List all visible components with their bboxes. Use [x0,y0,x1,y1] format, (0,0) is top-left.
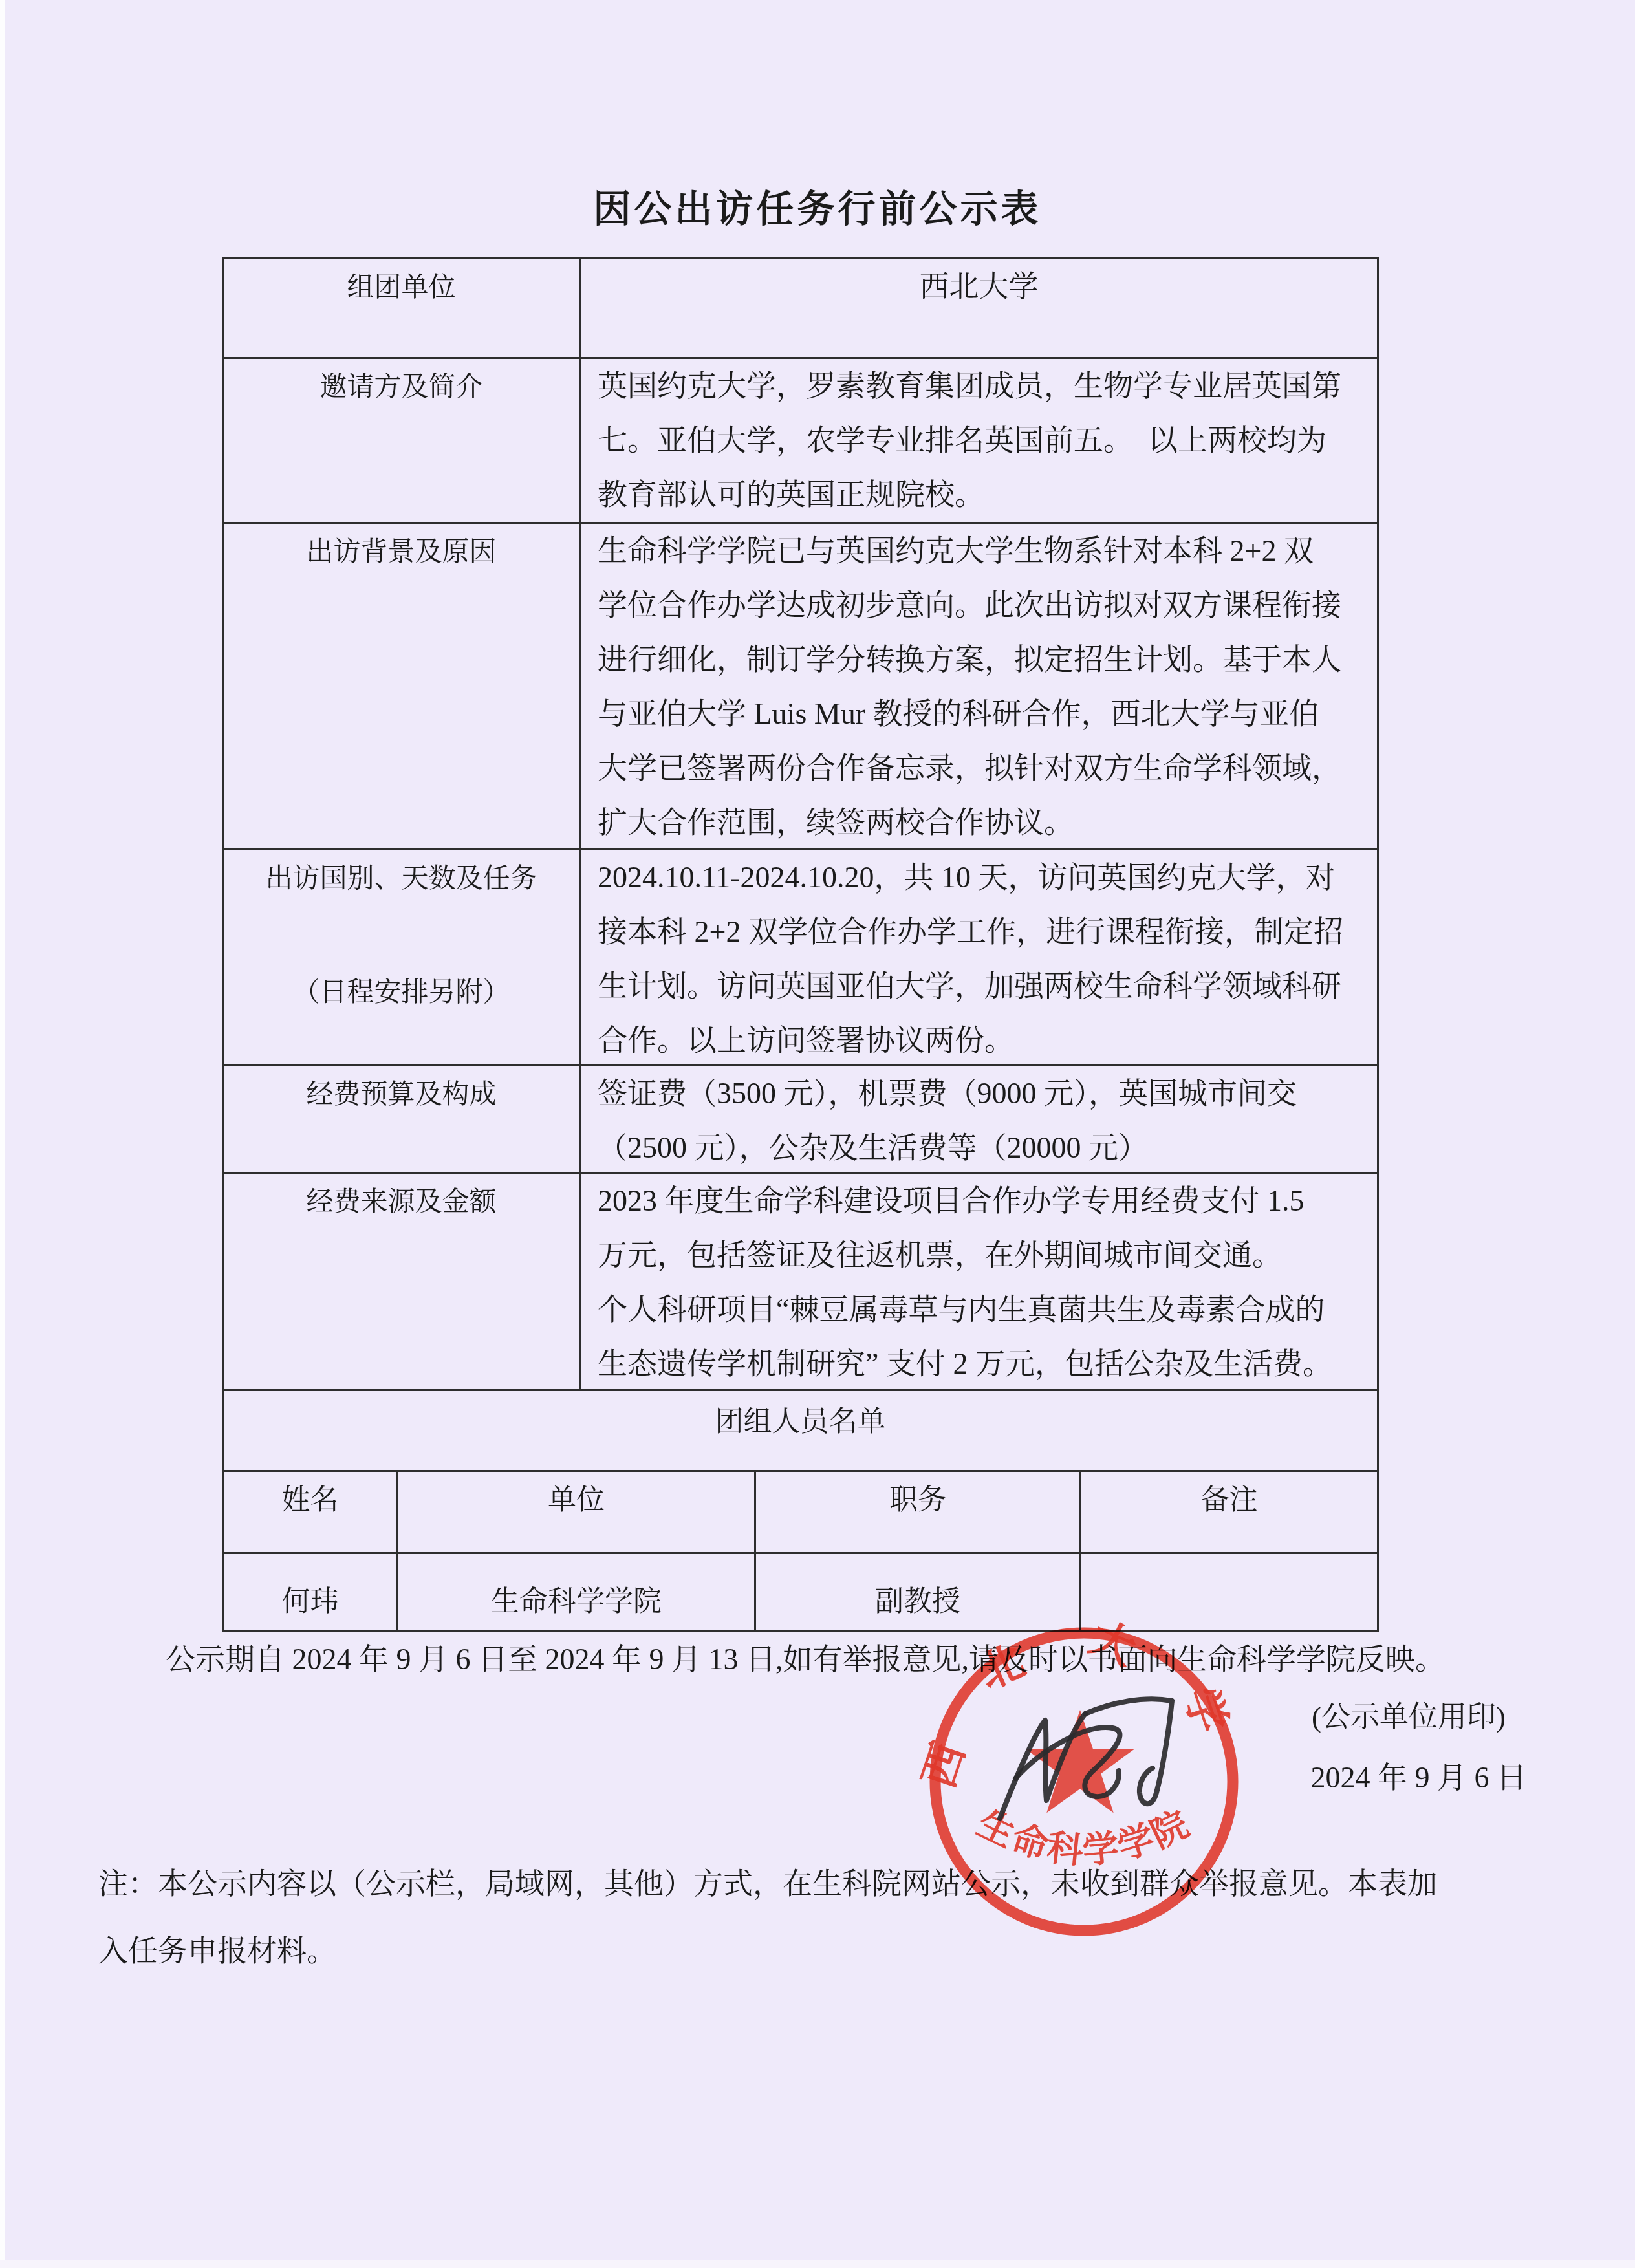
publicity-period-notice: 公示期自 2024 年 9 月 6 日至 2024 年 9 月 13 日,如有举… [166,1641,1445,1678]
row-label-destination-days-tasks: 出访国别、天数及任务 （日程安排另附） [224,850,581,1066]
bottom-note: 注：本公示内容以（公示栏，局域网，其他）方式，在生科院网站公示，未收到群众举报意… [98,1850,1554,1985]
seal-caption: (公示单位用印) [1312,1693,1506,1735]
row-content-organizing-unit: 西北大学 [581,259,1377,359]
row-label-budget: 经费预算及构成 [224,1066,581,1174]
personnel-header-name: 姓名 [224,1472,398,1554]
personnel-row-remarks [1081,1554,1377,1630]
row-content-visit-background: 生命科学学院已与英国约克大学生物系针对本科 2+2 双 学位合作办学达成初步意向… [581,524,1377,850]
personnel-header-remarks: 备注 [1081,1472,1377,1554]
document-title: 因公出访任务行前公示表 [0,178,1635,233]
issue-date: 2024 年 9 月 6 日 [1311,1754,1527,1797]
row-content-inviting-party: 英国约克大学，罗素教育集团成员，生物学专业居英国第 七。亚伯大学，农学专业排名英… [581,359,1377,524]
row-content-destination-days-tasks: 2024.10.11-2024.10.20，共 10 天，访问英国约克大学，对 … [581,850,1377,1066]
row-content-funding-source: 2023 年度生命学科建设项目合作办学专用经费支付 1.5 万元，包括签证及往返… [581,1174,1377,1391]
personnel-row-name: 何玮 [224,1554,398,1630]
personnel-header-unit: 单位 [398,1472,756,1554]
scan-edge-left [0,0,5,2268]
row-label-inviting-party: 邀请方及简介 [224,359,581,524]
personnel-section-title: 团组人员名单 [224,1391,1377,1472]
seal-star-icon [1026,1710,1134,1813]
row-label-visit-background: 出访背景及原因 [224,524,581,850]
scan-edge-bottom [0,2260,1635,2268]
row-label-organizing-unit: 组团单位 [224,259,581,359]
personnel-header-position: 职务 [756,1472,1081,1554]
scanned-document-page: 因公出访任务行前公示表 组团单位 西北大学 邀请方及简介 英国约克大学，罗素教育… [0,0,1635,2268]
handwritten-signature [1000,1699,1172,1819]
notice-table: 组团单位 西北大学 邀请方及简介 英国约克大学，罗素教育集团成员，生物学专业居英… [222,257,1379,1632]
row-content-budget: 签证费（3500 元），机票费（9000 元），英国城市间交 （2500 元），… [581,1066,1377,1174]
personnel-row-position: 副教授 [756,1554,1081,1630]
personnel-row-unit: 生命科学学院 [398,1554,756,1630]
row-label-funding-source: 经费来源及金额 [224,1174,581,1391]
